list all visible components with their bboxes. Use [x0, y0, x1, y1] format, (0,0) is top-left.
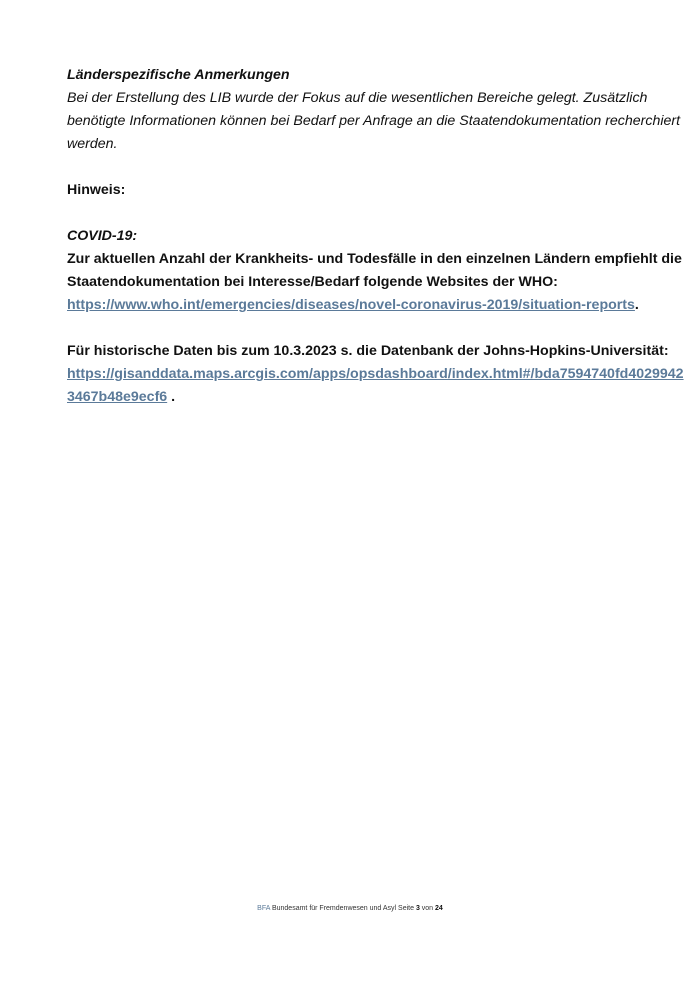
- who-link-suffix: .: [635, 297, 639, 313]
- footer-of: von: [420, 905, 435, 912]
- footer-org: Bundesamt für Fremdenwesen und Asyl Seit…: [270, 905, 416, 912]
- document-page: Länderspezifische Anmerkungen Bei der Er…: [67, 64, 637, 409]
- spacer: [67, 202, 637, 225]
- who-situation-reports-link[interactable]: https://www.who.int/emergencies/diseases…: [67, 297, 635, 313]
- jhu-link-line-1: https://gisanddata.maps.arcgis.com/apps/…: [67, 363, 637, 386]
- covid-heading: COVID-19:: [67, 225, 637, 248]
- hinweis-label: Hinweis:: [67, 179, 637, 202]
- page-footer: BFA Bundesamt für Fremdenwesen und Asyl …: [0, 905, 700, 912]
- section-heading: Länderspezifische Anmerkungen: [67, 64, 637, 87]
- spacer: [67, 156, 637, 179]
- historic-line: Für historische Daten bis zum 10.3.2023 …: [67, 340, 637, 363]
- section-body-line-2: benötigte Informationen können bei Bedar…: [67, 110, 637, 133]
- footer-total-pages: 24: [435, 905, 443, 912]
- section-body-line-3: werden.: [67, 133, 637, 156]
- covid-line-1: Zur aktuellen Anzahl der Krankheits- und…: [67, 248, 637, 271]
- footer-brand: BFA: [257, 905, 270, 912]
- jhu-link-suffix: .: [167, 389, 175, 405]
- covid-line-2: Staatendokumentation bei Interesse/Bedar…: [67, 271, 637, 294]
- jhu-dashboard-link-part-1[interactable]: https://gisanddata.maps.arcgis.com/apps/…: [67, 366, 684, 382]
- who-link-line: https://www.who.int/emergencies/diseases…: [67, 294, 637, 317]
- section-body-line-1: Bei der Erstellung des LIB wurde der Fok…: [67, 87, 637, 110]
- jhu-link-line-2: 3467b48e9ecf6 .: [67, 386, 637, 409]
- spacer: [67, 317, 637, 340]
- jhu-dashboard-link-part-2[interactable]: 3467b48e9ecf6: [67, 389, 167, 405]
